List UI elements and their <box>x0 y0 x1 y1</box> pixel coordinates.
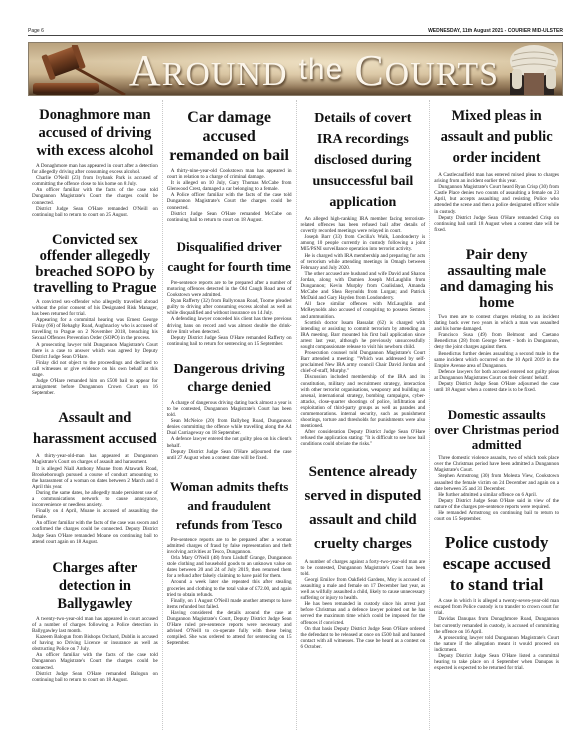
article: Dangerous driving charge denied A charge… <box>167 361 292 461</box>
article-body: A Castlecaulfield man has entered mixed … <box>434 172 559 233</box>
barrister-wig-icon <box>500 43 560 96</box>
article: Details of covert IRA recordings disclos… <box>301 108 426 448</box>
column-1: Donaghmore man accused of driving with e… <box>28 100 162 730</box>
articles-columns: Donaghmore man accused of driving with e… <box>28 100 563 730</box>
article-body: Pre-sentence reports are to be prepared … <box>167 537 292 647</box>
column-2: Car damage accused remanded on bail A th… <box>162 100 296 730</box>
article-headline: Charges after detection in Ballygawley <box>32 559 158 613</box>
article: Car damage accused remanded on bail A th… <box>167 108 292 223</box>
gavel-icon <box>33 45 128 96</box>
article-headline: Pair deny assaulting male and damaging h… <box>434 247 559 311</box>
article-headline: Disqualified driver caught for fourth ti… <box>167 237 292 277</box>
dateline: WEDNESDAY, 11th August 2021 - COURIER MI… <box>428 28 563 35</box>
article-body: Two men are to contest charges relating … <box>434 314 559 393</box>
article: Convicted sex offender allegedly breache… <box>32 232 158 397</box>
article-headline: Woman admits thefts and fraudulent refun… <box>167 477 292 534</box>
article: Police custody escape accused to stand t… <box>434 532 559 671</box>
article-headline: Dangerous driving charge denied <box>167 361 292 397</box>
article-headline: Domestic assaults over Christmas period … <box>434 407 559 452</box>
article-headline: Police custody escape accused to stand t… <box>434 532 559 595</box>
page-number: Page 6 <box>28 28 44 35</box>
column-3: Details of covert IRA recordings disclos… <box>296 100 430 730</box>
article: Disqualified driver caught for fourth ti… <box>167 237 292 347</box>
article-body: A twenty-two-year-old man has appeared i… <box>32 616 158 683</box>
article-body: A Donaghmore man has appeared in court a… <box>32 163 158 218</box>
page-header: Page 6 WEDNESDAY, 11th August 2021 - COU… <box>28 28 563 36</box>
article-headline: Convicted sex offender allegedly breache… <box>32 232 158 296</box>
article-headline: Car damage accused remanded on bail <box>167 108 292 165</box>
article-headline: Details of covert IRA recordings disclos… <box>301 108 426 213</box>
section-banner: AROUND the COURTS <box>28 42 563 96</box>
article-body: Three domestic violence assaults, two of… <box>434 455 559 522</box>
article: Assault and harassment accused A thirty-… <box>32 408 158 544</box>
article-headline: Mixed pleas in assault and public order … <box>434 106 559 169</box>
article: Pair deny assaulting male and damaging h… <box>434 247 559 393</box>
column-4: Mixed pleas in assault and public order … <box>429 100 563 730</box>
article-body: A case in which it is alleged a twenty-s… <box>434 598 559 671</box>
article-headline: Assault and harassment accused <box>32 408 158 450</box>
article-headline: Donaghmore man accused of driving with e… <box>32 106 158 160</box>
article: Sentence already served in disputed assa… <box>301 460 426 650</box>
article: Mixed pleas in assault and public order … <box>434 106 559 233</box>
article-body: A thirty-year-old-man has appeared at Du… <box>32 453 158 544</box>
article-body: A convicted sex-offender who allegedly t… <box>32 299 158 397</box>
article-body: Pre-sentence reports are to be prepared … <box>167 280 292 347</box>
article-body: A number of charges against a forty-two-… <box>301 559 426 650</box>
article-body: A thirty-nine-year-old Cookstown man has… <box>167 168 292 223</box>
article: Donaghmore man accused of driving with e… <box>32 106 158 218</box>
article: Charges after detection in Ballygawley A… <box>32 559 158 683</box>
article-headline: Sentence already served in disputed assa… <box>301 460 426 556</box>
banner-title: AROUND the COURTS <box>124 45 504 96</box>
article-body: A charge of dangerous driving dating bac… <box>167 400 292 461</box>
article: Domestic assaults over Christmas period … <box>434 407 559 522</box>
article-body: An alleged high-ranking IRA member facin… <box>301 216 426 448</box>
article: Woman admits thefts and fraudulent refun… <box>167 477 292 647</box>
